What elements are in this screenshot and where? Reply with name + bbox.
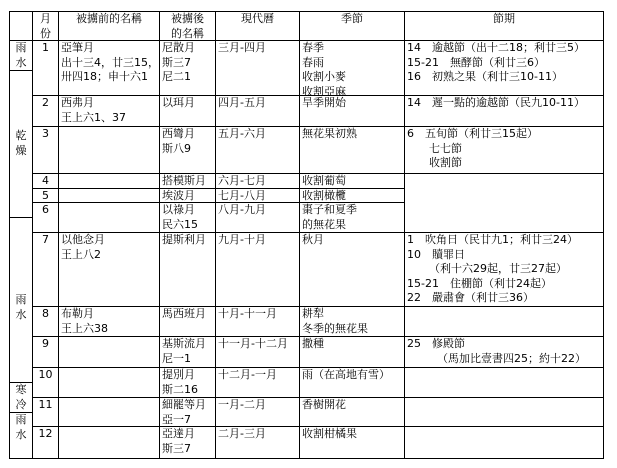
row-1-season: 春季 春雨 收割小麥 收割亞麻 (299, 40, 404, 95)
row-9-festivals: 25 修殿節 （馬加比壹書四25；約十22） (404, 336, 603, 367)
row-11-modern: 一月-二月 (215, 397, 299, 426)
row-6-month: 6 (32, 202, 58, 232)
row-6-post-name: 以祿月 民六15 (159, 202, 215, 232)
row-3-post-name: 西彎月 斯八9 (159, 126, 215, 173)
row-4-season: 收割葡萄 (299, 173, 404, 188)
header-month-number: 月 份 (32, 11, 58, 40)
row-5-month: 5 (32, 188, 58, 202)
row-9-season: 撒種 (299, 336, 404, 367)
season-group-rain-1: 雨 水 (9, 40, 32, 70)
row-9-month: 9 (32, 336, 58, 367)
row-12-modern: 二月-三月 (215, 426, 299, 458)
header-season-blank (9, 11, 32, 40)
row-5-season: 收割橄欖 (299, 188, 404, 202)
season-group-rain-3: 雨 水 (9, 412, 32, 458)
row-3-season: 無花果初熟 (299, 126, 404, 173)
row-4-pre-name (58, 173, 159, 188)
row-3-festivals: 6 五旬節（利廿三15起） 七七節 收割節 (404, 126, 603, 173)
season-group-rain-2: 雨 水 (9, 217, 32, 382)
row-4-post-name: 搭模斯月 (159, 173, 215, 188)
row-10-modern: 十二月-一月 (215, 367, 299, 397)
rows-4-6-festivals (404, 173, 603, 232)
row-9-pre-name (58, 336, 159, 367)
season-group-dry: 乾 燥 (9, 70, 32, 217)
header-festivals: 節期 (404, 11, 603, 40)
row-8-season: 耕犁 冬季的無花果 (299, 306, 404, 336)
row-6-modern: 八月-九月 (215, 202, 299, 232)
row-7-month: 7 (32, 232, 58, 306)
row-12-post-name: 亞達月 斯三7 (159, 426, 215, 458)
row-7-season: 秋月 (299, 232, 404, 306)
header-season: 季節 (299, 11, 404, 40)
row-3-modern: 五月-六月 (215, 126, 299, 173)
row-3-month: 3 (32, 126, 58, 173)
row-11-month: 11 (32, 397, 58, 426)
header-pre-exile-name: 被擄前的名稱 (58, 11, 159, 40)
row-6-pre-name (58, 202, 159, 232)
season-group-cold: 寒 冷 (9, 382, 32, 412)
row-12-festivals (404, 426, 603, 458)
row-12-month: 12 (32, 426, 58, 458)
row-12-season: 收割柑橘果 (299, 426, 404, 458)
row-10-pre-name (58, 367, 159, 397)
hebrew-calendar-table: 月 份 被擄前的名稱 被擄後 的名稱 現代曆 季節 節期 雨 水 乾 燥 雨 水… (9, 11, 603, 458)
row-2-modern: 四月-五月 (215, 95, 299, 126)
row-7-post-name: 提斯利月 (159, 232, 215, 306)
row-7-pre-name: 以他念月 王上八2 (58, 232, 159, 306)
row-1-festivals: 14 逾越節（出十二18；利廿三5） 15-21 無酵節（利廿三6） 16 初熟… (404, 40, 603, 95)
row-5-pre-name (58, 188, 159, 202)
row-11-pre-name (58, 397, 159, 426)
row-8-month: 8 (32, 306, 58, 336)
row-2-festivals: 14 遲一點的逾越節（民九10-11） (404, 95, 603, 126)
row-9-modern: 十一月-十二月 (215, 336, 299, 367)
row-11-season: 香樹開花 (299, 397, 404, 426)
row-2-pre-name: 西弗月 王上六1、37 (58, 95, 159, 126)
row-10-post-name: 提別月 斯二16 (159, 367, 215, 397)
row-1-month: 1 (32, 40, 58, 95)
row-10-festivals (404, 367, 603, 397)
row-7-modern: 九月-十月 (215, 232, 299, 306)
row-6-season: 棗子和夏季 的無花果 (299, 202, 404, 232)
header-modern-calendar: 現代曆 (215, 11, 299, 40)
row-1-post-name: 尼散月 斯三7 尼二1 (159, 40, 215, 95)
row-9-post-name: 基斯流月 尼一1 (159, 336, 215, 367)
row-12-pre-name (58, 426, 159, 458)
row-7-festivals: 1 吹角日（民廿九1；利廿三24） 10 贖罪日 （利十六29起，廿三27起） … (404, 232, 603, 306)
row-2-season: 旱季開始 (299, 95, 404, 126)
row-4-modern: 六月-七月 (215, 173, 299, 188)
row-11-post-name: 細罷等月 亞一7 (159, 397, 215, 426)
row-8-pre-name: 布勒月 王上六38 (58, 306, 159, 336)
row-8-modern: 十月-十一月 (215, 306, 299, 336)
row-4-month: 4 (32, 173, 58, 188)
row-3-pre-name (58, 126, 159, 173)
row-10-month: 10 (32, 367, 58, 397)
row-5-post-name: 埃波月 (159, 188, 215, 202)
header-post-exile-name: 被擄後 的名稱 (159, 11, 215, 40)
row-11-festivals (404, 397, 603, 426)
row-2-post-name: 以珥月 (159, 95, 215, 126)
row-10-season: 雨（在高地有雪） (299, 367, 404, 397)
row-1-modern: 三月-四月 (215, 40, 299, 95)
row-8-post-name: 馬西班月 (159, 306, 215, 336)
row-1-pre-name: 亞筆月 出十三4，廿三15， 卅四18；申十六1 (58, 40, 159, 95)
row-8-festivals (404, 306, 603, 336)
row-5-modern: 七月-八月 (215, 188, 299, 202)
row-2-month: 2 (32, 95, 58, 126)
